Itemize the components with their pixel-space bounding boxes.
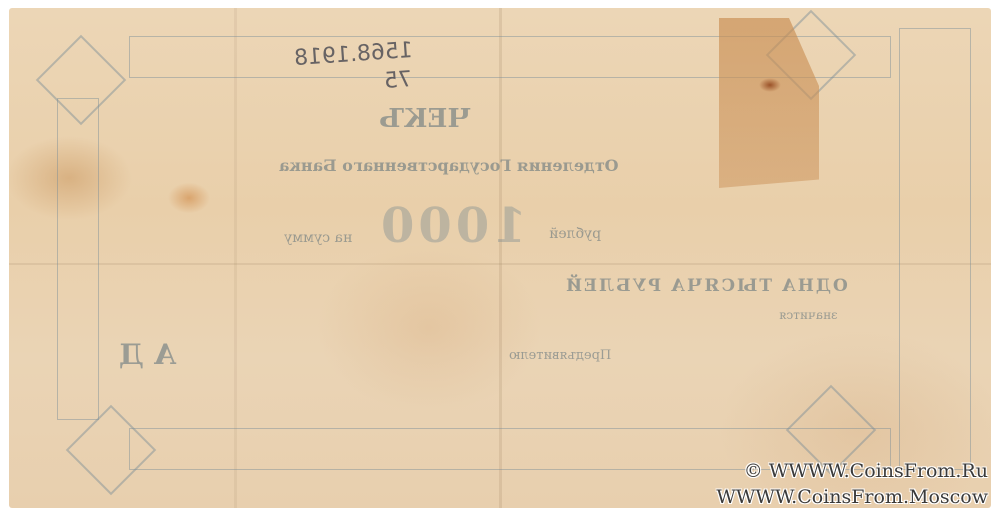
right-border-frame [899,28,971,470]
bank-line-text: Отделения Государственнаго Банка [279,156,619,175]
currency-text: рублей [549,226,601,242]
watermark-line-1: © WWWW.CoinsFrom.Ru [744,460,988,482]
watermark-line-2: WWWW.CoinsFrom.Moscow [716,486,988,508]
title-text: ЧЕКЪ [379,104,471,134]
fold-line [9,263,991,265]
sum-label: на сумму [284,230,352,246]
handwritten-number: 75 [383,67,413,94]
banknote: ЧЕКЪ Отделения Государственнаго Банка 10… [9,8,991,508]
corner-ornament [36,35,127,126]
series-text: А Д [119,338,176,371]
stain [759,78,781,92]
denomination: 1000 [377,198,527,254]
presenter-text: Предъявителю [509,348,611,363]
small-word: значится [779,308,838,322]
left-border-frame [57,98,99,420]
amount-words: ОДНА ТЫСЯЧА РУБЛЕЙ [564,276,848,296]
